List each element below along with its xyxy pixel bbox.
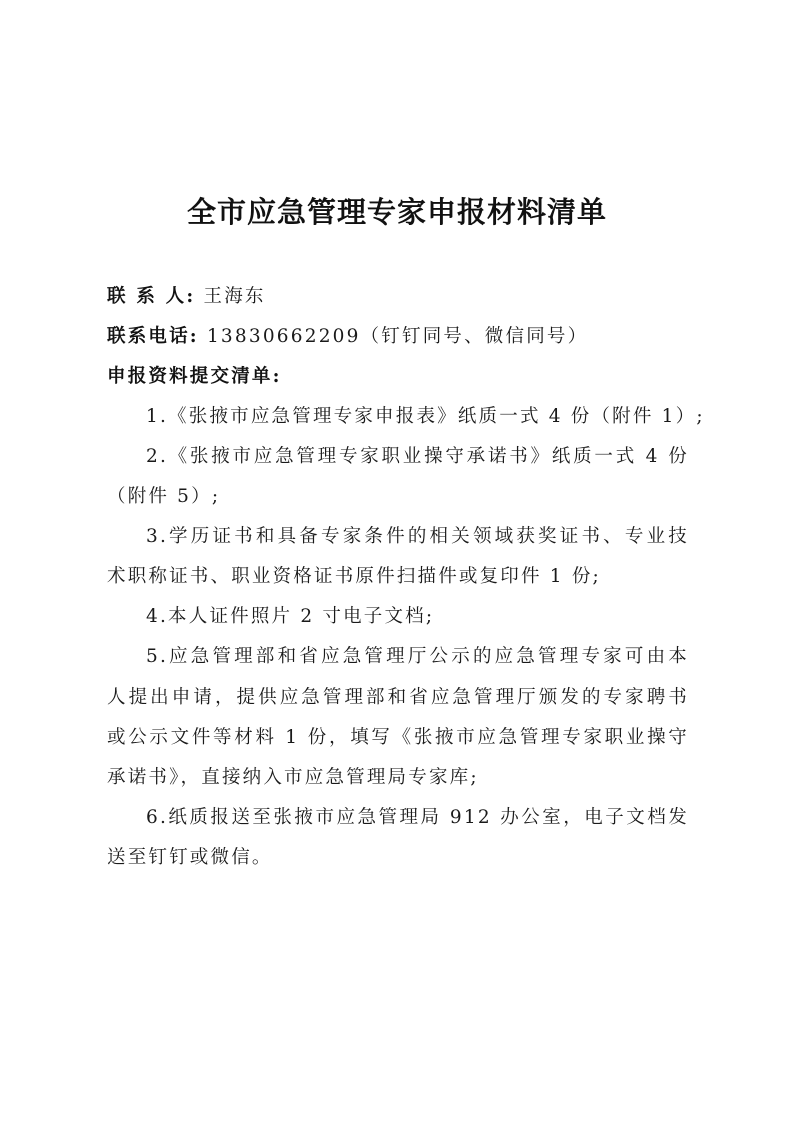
list-item-3-line-1: 3.学历证书和具备专家条件的相关领域获奖证书、专业技: [146, 525, 689, 549]
contact-person-label: 联 系 人:: [107, 286, 195, 307]
list-item-1-line-1: 1.《张掖市应急管理专家申报表》纸质一式 4 份（附件 1）;: [146, 405, 689, 429]
list-item-3-line-2: 术职称证书、职业资格证书原件扫描件或复印件 1 份;: [107, 565, 689, 589]
list-item-4-line-1: 4.本人证件照片 2 寸电子文档;: [146, 605, 689, 629]
list-item-6-line-1: 6.纸质报送至张掖市应急管理局 912 办公室，电子文档发: [146, 806, 689, 830]
list-item-5-line-4: 承诺书》，直接纳入市应急管理局专家库;: [107, 766, 689, 790]
list-item-2-line-2: （附件 5）;: [107, 485, 689, 509]
contact-phone-label: 联系电话:: [107, 326, 199, 347]
list-item-5-line-2: 人提出申请，提供应急管理部和省应急管理厅颁发的专家聘书: [107, 686, 689, 710]
list-heading: 申报资料提交清单:: [107, 365, 689, 389]
contact-person-value: 王海东: [204, 286, 266, 307]
contact-phone-value: 13830662209（钉钉同号、微信同号）: [207, 326, 588, 347]
list-item-2-line-1: 2.《张掖市应急管理专家职业操守承诺书》纸质一式 4 份: [146, 445, 689, 469]
contact-person-row: 联 系 人: 王海东: [107, 285, 689, 309]
list-item-6-line-2: 送至钉钉或微信。: [107, 846, 689, 870]
list-item-5-line-1: 5.应急管理部和省应急管理厅公示的应急管理专家可由本: [146, 645, 689, 669]
document-title: 全市应急管理专家申报材料清单: [0, 190, 794, 231]
list-item-5-line-3: 或公示文件等材料 1 份，填写《张掖市应急管理专家职业操守: [107, 726, 689, 750]
contact-phone-row: 联系电话: 13830662209（钉钉同号、微信同号）: [107, 325, 689, 349]
